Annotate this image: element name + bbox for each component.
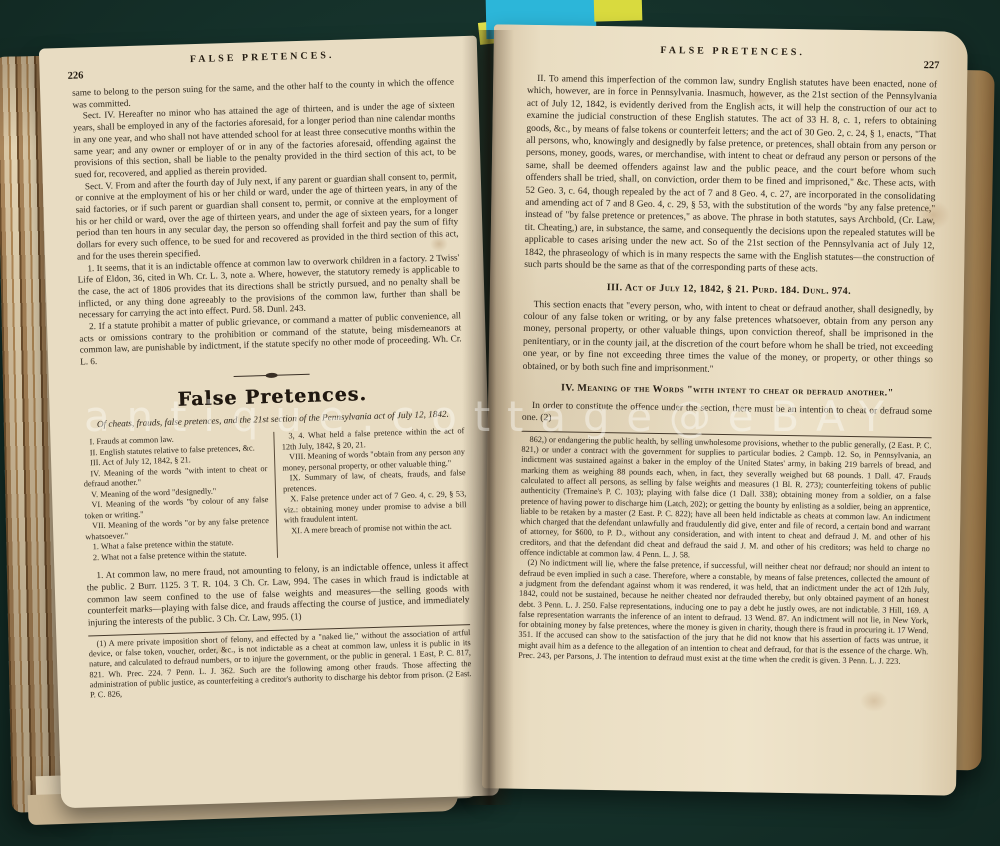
section-divider-rule [234,372,310,379]
right-page-number: 227 [924,60,940,71]
sticky-note-yellow [594,0,643,22]
right-footnote-continuation: 862,) or endangering the public health, … [520,435,932,565]
section-3-body: This section enacts that "every person, … [523,298,934,379]
section-4-body: In order to constitute the offence under… [522,400,932,431]
left-paragraph-sect-4: Sect. IV. Hereafter no minor who has att… [73,100,457,182]
book-page-left: 226 FALSE PRETENCES. same to belong to t… [39,36,499,809]
photo-background: 226 FALSE PRETENCES. same to belong to t… [0,0,1000,846]
left-paragraph-sect-5: Sect. V. From and after the fourth day o… [75,170,459,263]
right-footnote-2: (2) No indictment will lie, where the fa… [518,558,930,667]
left-note-2: 2. If a statute prohibit a matter of pub… [79,310,462,368]
chapter-title: False Pretences. [81,380,463,413]
right-paragraph-2: II. To amend this imperfection of the co… [524,73,937,278]
left-body-paragraph: 1. At common law, no mere fraud, not amo… [86,560,470,630]
left-footnote-1: (1) A mere private imposition short of f… [88,628,472,701]
right-running-head: FALSE PRETENCES. 227 [527,43,937,79]
chapter-contents: I. Frauds at common law. II. English sta… [82,427,468,564]
left-page-number: 226 [67,70,83,81]
left-running-header-text: FALSE PRETENCES. [71,46,453,68]
section-4-heading: IV. Meaning of the Words "with intent to… [522,382,932,399]
book-page-right: FALSE PRETENCES. 227 II. To amend this i… [482,24,968,795]
right-running-header-text: FALSE PRETENCES. [528,43,938,60]
contents-column-left: I. Frauds at common law. II. English sta… [82,432,277,564]
contents-column-right: 3, 4. What held a false pretence within … [273,427,468,559]
section-3-heading: III. Act of July 12, 1842, § 21. Purd. 1… [524,280,934,297]
